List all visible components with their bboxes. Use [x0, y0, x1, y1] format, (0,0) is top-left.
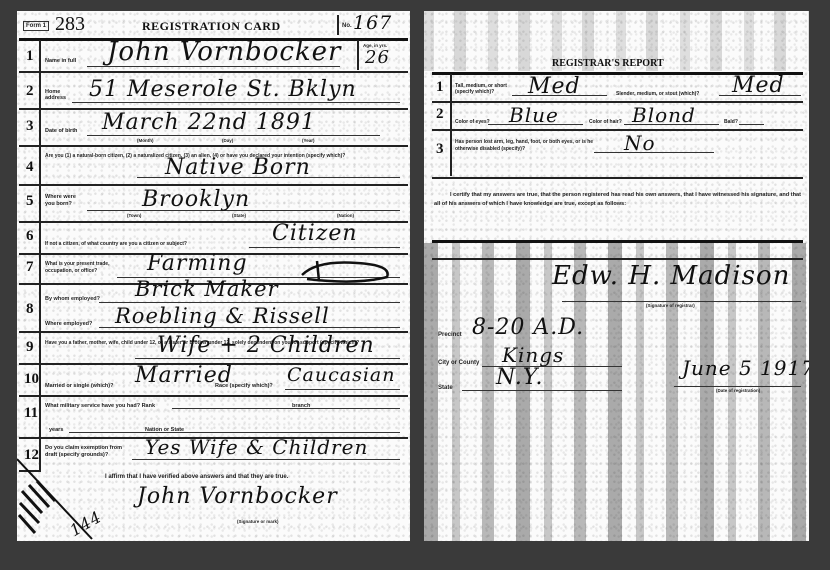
field-label-eye-color: Color of eyes?: [455, 119, 490, 125]
sublabel-town: (Town): [127, 213, 141, 218]
registrars-report-card: REGISTRAR'S REPORT 1 Tall, medium, or sh…: [424, 11, 809, 541]
underline: [674, 386, 801, 387]
divider: [432, 258, 803, 260]
city-value: Kings: [502, 343, 564, 367]
row-number: 3: [26, 118, 34, 135]
field-label-build: Slender, medium, or stout (which)?: [616, 91, 699, 97]
field-label-occupation: What is your present trade, occupation, …: [45, 261, 110, 275]
underline: [132, 459, 400, 460]
row-number: 2: [436, 106, 444, 123]
field-label-country: If not a citizen, of what country are yo…: [45, 241, 187, 247]
row-number: 5: [26, 193, 34, 210]
row-number: 2: [26, 83, 34, 100]
field-value-address: 51 Meserole St. Bklyn: [89, 77, 357, 102]
underline: [462, 390, 622, 391]
state-label: State: [438, 385, 453, 391]
field-value-height: Med: [528, 74, 581, 99]
divider: [432, 177, 803, 179]
underline: [135, 358, 400, 359]
field-label-height: Tall, medium, or short (specify which)?: [455, 83, 510, 95]
report-title: REGISTRAR'S REPORT: [552, 58, 664, 69]
row-number: 9: [26, 339, 34, 356]
row-number: 8: [26, 301, 34, 318]
card-title: REGISTRATION CARD: [142, 19, 281, 34]
field-label-birthdate: Date of birth: [45, 128, 77, 134]
sublabel-state: (State): [232, 213, 246, 218]
row-number: 10: [24, 371, 39, 388]
underline: [172, 408, 400, 409]
registration-date: June 5 1917: [682, 356, 809, 380]
divider: [19, 395, 408, 397]
field-label-name: Name in full: [45, 58, 76, 64]
field-label-military: What military service have you had? Rank: [45, 403, 155, 409]
field-label-nation-state: Nation or State: [145, 427, 184, 433]
underline: [285, 389, 400, 390]
handwritten-annotation: [297, 255, 397, 285]
field-label-branch: branch: [292, 403, 310, 409]
field-value-disability: No: [624, 131, 656, 155]
field-value-birthdate: March 22nd 1891: [102, 110, 316, 135]
registrar-signature-label: (Signature of registrar): [646, 303, 695, 308]
underline: [249, 247, 400, 248]
precinct-label: Precinct: [438, 332, 462, 338]
sublabel-month: (Month): [137, 138, 154, 143]
affirmation-text: I affirm that I have verified above answ…: [105, 474, 288, 480]
serial-number: 283: [55, 13, 85, 36]
field-value-occupation: Farming: [147, 251, 248, 276]
row-number: 1: [26, 48, 34, 65]
registrant-signature: John Vornbocker: [137, 484, 338, 509]
field-label-employer: By whom employed?: [45, 296, 100, 302]
field-label-years: years: [49, 427, 63, 433]
field-value-eye-color: Blue: [509, 103, 559, 127]
field-value-country: Citizen: [272, 221, 358, 246]
field-label-marital: Married or single (which)?: [45, 383, 113, 389]
field-value-exemption: Yes Wife & Children: [145, 435, 368, 459]
city-label: City or County: [438, 360, 479, 366]
divider: [432, 240, 803, 243]
sublabel-nation: (Nation): [337, 213, 354, 218]
divider: [337, 15, 339, 35]
row-number: 1: [436, 79, 444, 96]
divider: [432, 129, 803, 131]
underline: [72, 102, 400, 103]
certification-text: I certify that my answers are true, that…: [434, 191, 802, 209]
sublabel-day: (Day): [222, 138, 233, 143]
divider: [19, 71, 408, 73]
field-value-dependents: Wife + 2 Children: [157, 333, 375, 358]
field-label-hair-color: Color of hair?: [589, 119, 622, 125]
row-number: 7: [26, 259, 34, 276]
field-label-birthplace: Where were you born?: [45, 194, 85, 208]
field-value-age: 26: [365, 47, 390, 68]
underline: [69, 432, 400, 433]
divider: [450, 74, 452, 176]
registration-card: Form 1 283 REGISTRATION CARD No. 167 1 N…: [17, 11, 410, 541]
state-value: N.Y.: [496, 365, 544, 390]
field-value-hair-color: Blond: [632, 103, 696, 127]
row-number: 6: [26, 228, 34, 245]
divider: [357, 40, 359, 70]
field-value-race: Caucasian: [287, 364, 395, 386]
row-number: 3: [436, 141, 444, 158]
underline: [562, 301, 801, 302]
signature-label: (Signature or mark): [237, 519, 279, 524]
underline: [87, 135, 380, 136]
field-value-name: John Vornbocker: [107, 37, 341, 67]
divider: [39, 40, 41, 470]
card-number-label: No.: [342, 23, 352, 29]
field-label-employment-place: Where employed?: [45, 321, 92, 327]
divider: [19, 145, 408, 147]
divider: [432, 101, 803, 103]
field-value-employer: Brick Maker: [135, 277, 279, 301]
underline: [99, 302, 400, 303]
field-value-birthplace: Brooklyn: [142, 187, 250, 212]
field-value-citizenship: Native Born: [165, 155, 311, 180]
divider: [19, 184, 408, 186]
field-label-address: Home address: [45, 89, 69, 101]
underline: [739, 124, 764, 125]
card-number: 167: [353, 12, 392, 34]
sublabel-year: (Year): [302, 138, 315, 143]
field-label-bald: Bald?: [724, 119, 738, 125]
row-number: 11: [24, 405, 38, 422]
field-value-employment-place: Roebling & Rissell: [115, 304, 330, 328]
form-label: Form 1: [23, 21, 49, 31]
precinct-value: 8-20 A.D.: [472, 315, 584, 340]
field-label-race: Race (specify which)?: [215, 383, 273, 389]
field-label-disability: Has person lost arm, leg, hand, foot, or…: [455, 139, 595, 153]
date-label: (Date of registration): [716, 388, 760, 393]
registrar-signature: Edw. H. Madison: [552, 261, 790, 291]
row-number: 4: [26, 159, 34, 176]
field-value-build: Med: [732, 73, 785, 98]
